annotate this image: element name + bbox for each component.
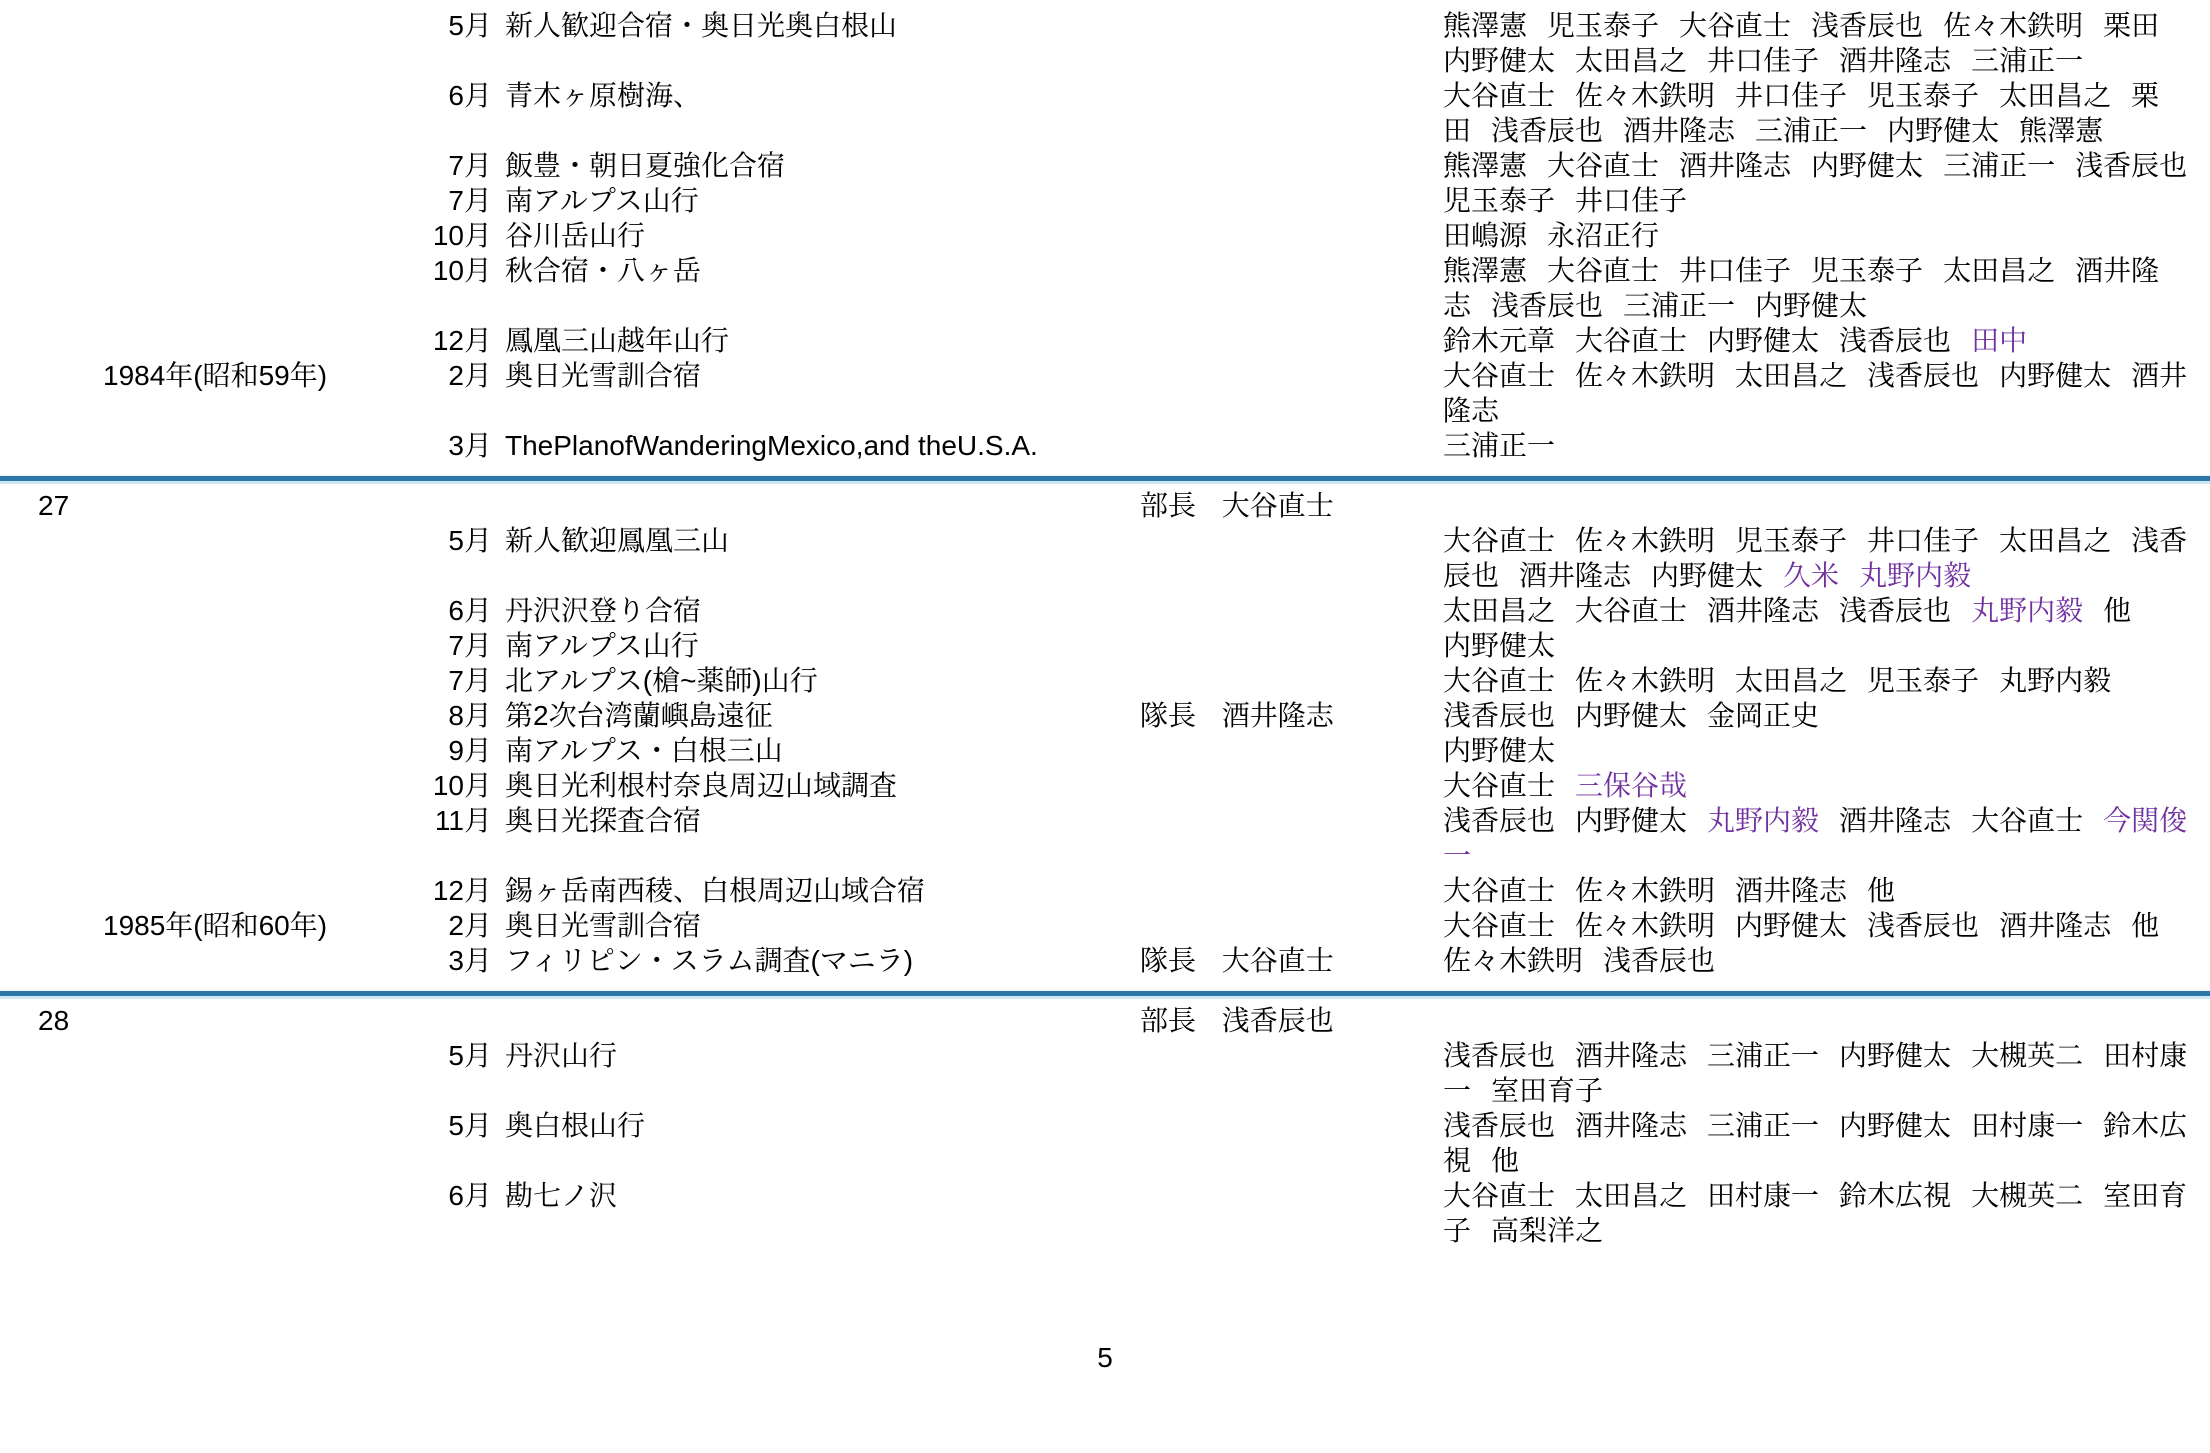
participant-name: 児玉泰子 [1547, 10, 1659, 41]
activity-row: 10月 谷川岳山行 田嶋源永沼正行 [0, 218, 2210, 253]
participant-name: 大槻英二 [1971, 1040, 2083, 1071]
year-label: 1985年(昭和60年) [0, 908, 422, 943]
participant-name: 田村康一 [1707, 1180, 1819, 1211]
month-label: 2月 [422, 908, 492, 943]
participant-name: 太田昌之 [1575, 45, 1687, 76]
participant-name: 浅香辰也 [1443, 805, 1555, 836]
year-section: 28 部長 浅香辰也 5月 丹沢山行 浅香辰也酒井隆志三浦正一内野健太大槻英二田… [0, 990, 2210, 1248]
event-title: 丹沢沢登り合宿 [492, 593, 1140, 628]
participants-list: 内野健太 [1443, 733, 2195, 768]
participant-name: 内野健太 [1839, 1040, 1951, 1071]
year-label: 1984年(昭和59年) [0, 358, 422, 393]
activity-row: 3月 フィリピン・スラム調査(マニラ) 隊長 大谷直士 佐々木鉄明浅香辰也 [0, 943, 2210, 978]
month-label: 10月 [422, 768, 492, 803]
participant-name: 浅香辰也 [1603, 945, 1715, 976]
participant-name: 内野健太 [1651, 560, 1763, 591]
participant-name: 永沼正行 [1547, 220, 1659, 251]
month-label: 6月 [422, 1178, 492, 1213]
participants-list: 大谷直士佐々木鉄明酒井隆志他 [1443, 873, 2195, 908]
participant-name: 三浦正一 [1971, 45, 2083, 76]
participant-name: 佐々木鉄明 [1575, 525, 1715, 556]
activity-row: 6月 丹沢沢登り合宿 太田昌之大谷直士酒井隆志浅香辰也丸野内毅他 [0, 593, 2210, 628]
participants-list: 浅香辰也酒井隆志三浦正一内野健太田村康一鈴木広視他 [1443, 1108, 2195, 1178]
section-rows: 5月 丹沢山行 浅香辰也酒井隆志三浦正一内野健太大槻英二田村康一室田育子 5月 … [0, 1038, 2210, 1248]
month-label: 7月 [422, 183, 492, 218]
participant-name: 内野健太 [1575, 805, 1687, 836]
participant-name: 丸野内毅 [1999, 665, 2111, 696]
section-rows: 5月 新人歓迎合宿・奥日光奥白根山 熊澤憲児玉泰子大谷直士浅香辰也佐々木鉄明栗田… [0, 8, 2210, 463]
participant-name: 内野健太 [1887, 115, 1999, 146]
leader-title-label: 隊長 [1140, 700, 1196, 731]
participant-name: 鈴木広視 [1839, 1180, 1951, 1211]
activity-row: 11月 奥日光探査合宿 浅香辰也内野健太丸野内毅酒井隆志大谷直士今関俊一 [0, 803, 2210, 873]
month-label: 9月 [422, 733, 492, 768]
month-label: 6月 [422, 593, 492, 628]
section-number: 28 [0, 1003, 1140, 1038]
participant-name: 大谷直士 [1971, 805, 2083, 836]
participant-name: 内野健太 [1443, 630, 1555, 661]
event-title: 青木ヶ原樹海、 [492, 78, 1140, 113]
activity-row: 5月 奥白根山行 浅香辰也酒井隆志三浦正一内野健太田村康一鈴木広視他 [0, 1108, 2210, 1178]
participant-name: 児玉泰子 [1811, 255, 1923, 286]
activity-row: 3月 ThePlanofWanderingMexico,and theU.S.A… [0, 428, 2210, 463]
event-title: 秋合宿・八ヶ岳 [492, 253, 1140, 288]
participant-name: 内野健太 [1443, 735, 1555, 766]
activity-row: 7月 南アルプス山行 児玉泰子井口佳子 [0, 183, 2210, 218]
month-label: 11月 [422, 803, 492, 838]
participant-name: 酒井隆志 [1839, 805, 1951, 836]
month-label: 12月 [422, 323, 492, 358]
event-title: 谷川岳山行 [492, 218, 1140, 253]
participants-list: 浅香辰也内野健太丸野内毅酒井隆志大谷直士今関俊一 [1443, 803, 2195, 873]
participant-name: 熊澤憲 [1443, 150, 1527, 181]
page-number: 5 [0, 1340, 2210, 1375]
participant-name: 酒井隆志 [1519, 560, 1631, 591]
participant-name: 佐々木鉄明 [1575, 665, 1715, 696]
participant-name-highlighted: 丸野内毅 [1859, 560, 1971, 591]
participants-list: 田嶋源永沼正行 [1443, 218, 2195, 253]
participant-name: 井口佳子 [1575, 185, 1687, 216]
participant-name: 他 [1491, 1145, 1519, 1176]
participant-name: 熊澤憲 [1443, 10, 1527, 41]
event-title: ThePlanofWanderingMexico,and theU.S.A. [492, 428, 1140, 463]
participant-name: 浅香辰也 [1443, 700, 1555, 731]
month-label: 6月 [422, 78, 492, 113]
participant-name: 児玉泰子 [1867, 665, 1979, 696]
participants-list: 大谷直士三保谷哉 [1443, 768, 2195, 803]
participant-name: 酒井隆志 [1707, 595, 1819, 626]
participant-name: 熊澤憲 [2019, 115, 2103, 146]
participant-name: 金岡正史 [1707, 700, 1819, 731]
activity-history-table: 5月 新人歓迎合宿・奥日光奥白根山 熊澤憲児玉泰子大谷直士浅香辰也佐々木鉄明栗田… [0, 8, 2210, 1248]
section-number: 27 [0, 488, 1140, 523]
month-label: 10月 [422, 218, 492, 253]
participant-name: 大槻英二 [1971, 1180, 2083, 1211]
activity-row: 9月 南アルプス・白根三山 内野健太 [0, 733, 2210, 768]
participant-name: 佐々木鉄明 [1575, 360, 1715, 391]
participant-name: 内野健太 [1707, 325, 1819, 356]
participant-name: 内野健太 [1999, 360, 2111, 391]
activity-row: 7月 北アルプス(槍~薬師)山行 大谷直士佐々木鉄明太田昌之児玉泰子丸野内毅 [0, 663, 2210, 698]
participant-name: 浅香辰也 [1491, 290, 1603, 321]
participant-name: 井口佳子 [1679, 255, 1791, 286]
activity-row: 5月 新人歓迎鳳凰三山 大谷直士佐々木鉄明児玉泰子井口佳子太田昌之浅香辰也酒井隆… [0, 523, 2210, 593]
activity-row: 12月 鳳凰三山越年山行 鈴木元章大谷直士内野健太浅香辰也田中 [0, 323, 2210, 358]
participants-list: 佐々木鉄明浅香辰也 [1443, 943, 2195, 978]
trip-leader: 隊長 大谷直士 [1140, 943, 1443, 978]
participant-name: 太田昌之 [1735, 665, 1847, 696]
activity-row: 5月 新人歓迎合宿・奥日光奥白根山 熊澤憲児玉泰子大谷直士浅香辰也佐々木鉄明栗田… [0, 8, 2210, 78]
participant-name: 酒井隆志 [1679, 150, 1791, 181]
participant-name: 栗田 [2103, 10, 2159, 41]
participant-name: 酒井隆志 [1735, 875, 1847, 906]
participant-name: 内野健太 [1735, 910, 1847, 941]
participant-name: 酒井隆志 [1623, 115, 1735, 146]
participant-name: 酒井隆志 [1575, 1110, 1687, 1141]
participant-name: 田村康一 [1971, 1110, 2083, 1141]
section-chief: 部長 浅香辰也 [1140, 1003, 1443, 1038]
section-header-row: 28 部長 浅香辰也 [0, 1003, 2210, 1038]
participants-list: 大谷直士佐々木鉄明内野健太浅香辰也酒井隆志他 [1443, 908, 2195, 943]
month-label: 5月 [422, 1038, 492, 1073]
participant-name: 大谷直士 [1679, 10, 1791, 41]
participant-name: 佐々木鉄明 [1575, 910, 1715, 941]
participant-name: 浅香辰也 [2075, 150, 2187, 181]
participant-name: 大谷直士 [1547, 255, 1659, 286]
participants-list: 浅香辰也酒井隆志三浦正一内野健太大槻英二田村康一室田育子 [1443, 1038, 2195, 1108]
participant-name: 三浦正一 [1707, 1110, 1819, 1141]
participant-name: 他 [2103, 595, 2131, 626]
participant-name: 太田昌之 [1443, 595, 1555, 626]
participant-name: 大谷直士 [1443, 1180, 1555, 1211]
participant-name: 児玉泰子 [1867, 80, 1979, 111]
participant-name: 内野健太 [1811, 150, 1923, 181]
participants-list: 大谷直士佐々木鉄明児玉泰子井口佳子太田昌之浅香辰也酒井隆志内野健太久米丸野内毅 [1443, 523, 2195, 593]
participant-name: 三浦正一 [1443, 430, 1555, 461]
participant-name: 浅香辰也 [1867, 910, 1979, 941]
chief-title-label: 部長 [1140, 1005, 1196, 1036]
activity-row: 1984年(昭和59年) 2月 奥日光雪訓合宿 大谷直士佐々木鉄明太田昌之浅香辰… [0, 358, 2210, 428]
participant-name: 太田昌之 [1735, 360, 1847, 391]
participant-name: 佐々木鉄明 [1575, 875, 1715, 906]
participant-name: 井口佳子 [1867, 525, 1979, 556]
participants-list: 児玉泰子井口佳子 [1443, 183, 2195, 218]
participant-name: 大谷直士 [1443, 910, 1555, 941]
activity-row: 10月 奥日光利根村奈良周辺山域調査 大谷直士三保谷哉 [0, 768, 2210, 803]
participant-name: 太田昌之 [1575, 1180, 1687, 1211]
activity-row: 6月 勘七ノ沢 大谷直士太田昌之田村康一鈴木広視大槻英二室田育子高梨洋之 [0, 1178, 2210, 1248]
month-label: 3月 [422, 428, 492, 463]
participant-name-highlighted: 丸野内毅 [1971, 595, 2083, 626]
participants-list: 三浦正一 [1443, 428, 2195, 463]
participants-list: 熊澤憲大谷直士酒井隆志内野健太三浦正一浅香辰也 [1443, 148, 2195, 183]
event-title: 第2次台湾蘭嶼島遠征 [492, 698, 1140, 733]
year-section: 5月 新人歓迎合宿・奥日光奥白根山 熊澤憲児玉泰子大谷直士浅香辰也佐々木鉄明栗田… [0, 8, 2210, 463]
participant-name: 熊澤憲 [1443, 255, 1527, 286]
month-label: 8月 [422, 698, 492, 733]
participant-name: 浅香辰也 [1867, 360, 1979, 391]
participant-name: 佐々木鉄明 [1943, 10, 2083, 41]
chief-title-label: 部長 [1140, 490, 1196, 521]
activity-row: 5月 丹沢山行 浅香辰也酒井隆志三浦正一内野健太大槻英二田村康一室田育子 [0, 1038, 2210, 1108]
leader-name: 大谷直士 [1222, 945, 1334, 976]
participant-name: 児玉泰子 [1735, 525, 1847, 556]
participant-name: 酒井隆志 [1999, 910, 2111, 941]
trip-leader: 隊長 酒井隆志 [1140, 698, 1443, 733]
section-header-row: 27 部長 大谷直士 [0, 488, 2210, 523]
participant-name: 大谷直士 [1443, 80, 1555, 111]
month-label: 5月 [422, 1108, 492, 1143]
event-title: 奥白根山行 [492, 1108, 1140, 1143]
leader-title-label: 隊長 [1140, 945, 1196, 976]
participant-name: 井口佳子 [1707, 45, 1819, 76]
participant-name: 太田昌之 [1999, 525, 2111, 556]
participant-name: 大谷直士 [1443, 360, 1555, 391]
participant-name: 浅香辰也 [1443, 1040, 1555, 1071]
month-label: 5月 [422, 523, 492, 558]
participant-name: 三浦正一 [1707, 1040, 1819, 1071]
participant-name-highlighted: 田中 [1971, 325, 2027, 356]
participants-list: 大谷直士佐々木鉄明井口佳子児玉泰子太田昌之栗田浅香辰也酒井隆志三浦正一内野健太熊… [1443, 78, 2195, 148]
event-title: 奥日光雪訓合宿 [492, 908, 1140, 943]
participant-name: 酒井隆志 [1575, 1040, 1687, 1071]
activity-row: 7月 飯豊・朝日夏強化合宿 熊澤憲大谷直士酒井隆志内野健太三浦正一浅香辰也 [0, 148, 2210, 183]
participant-name: 内野健太 [1755, 290, 1867, 321]
participant-name: 太田昌之 [1999, 80, 2111, 111]
participant-name: 田嶋源 [1443, 220, 1527, 251]
participant-name: 浅香辰也 [1443, 1110, 1555, 1141]
month-label: 5月 [422, 8, 492, 43]
event-title: 奥日光利根村奈良周辺山域調査 [492, 768, 1140, 803]
participant-name: 三浦正一 [1623, 290, 1735, 321]
participant-name: 大谷直士 [1575, 595, 1687, 626]
participant-name: 児玉泰子 [1443, 185, 1555, 216]
participants-list: 熊澤憲児玉泰子大谷直士浅香辰也佐々木鉄明栗田内野健太太田昌之井口佳子酒井隆志三浦… [1443, 8, 2195, 78]
participants-list: 大谷直士太田昌之田村康一鈴木広視大槻英二室田育子高梨洋之 [1443, 1178, 2195, 1248]
participant-name-highlighted: 久米 [1783, 560, 1839, 591]
participants-list: 太田昌之大谷直士酒井隆志浅香辰也丸野内毅他 [1443, 593, 2195, 628]
activity-row: 8月 第2次台湾蘭嶼島遠征 隊長 酒井隆志 浅香辰也内野健太金岡正史 [0, 698, 2210, 733]
participants-list: 大谷直士佐々木鉄明太田昌之児玉泰子丸野内毅 [1443, 663, 2195, 698]
participant-name: 佐々木鉄明 [1575, 80, 1715, 111]
event-title: 丹沢山行 [492, 1038, 1140, 1073]
event-title: 南アルプス・白根三山 [492, 733, 1140, 768]
participants-list: 内野健太 [1443, 628, 2195, 663]
month-label: 3月 [422, 943, 492, 978]
leader-name: 酒井隆志 [1222, 700, 1334, 731]
event-title: 南アルプス山行 [492, 628, 1140, 663]
activity-row: 7月 南アルプス山行 内野健太 [0, 628, 2210, 663]
activity-row: 6月 青木ヶ原樹海、 大谷直士佐々木鉄明井口佳子児玉泰子太田昌之栗田浅香辰也酒井… [0, 78, 2210, 148]
participant-name: 浅香辰也 [1839, 325, 1951, 356]
participant-name: 三浦正一 [1943, 150, 2055, 181]
participant-name: 大谷直士 [1443, 665, 1555, 696]
participant-name: 大谷直士 [1547, 150, 1659, 181]
event-title: 飯豊・朝日夏強化合宿 [492, 148, 1140, 183]
month-label: 7月 [422, 148, 492, 183]
participant-name: 浅香辰也 [1811, 10, 1923, 41]
participant-name: 大谷直士 [1575, 325, 1687, 356]
participants-list: 浅香辰也内野健太金岡正史 [1443, 698, 2195, 733]
participant-name: 浅香辰也 [1491, 115, 1603, 146]
participant-name: 三浦正一 [1755, 115, 1867, 146]
month-label: 12月 [422, 873, 492, 908]
event-title: 南アルプス山行 [492, 183, 1140, 218]
participant-name: 酒井隆志 [1839, 45, 1951, 76]
participant-name: 高梨洋之 [1491, 1215, 1603, 1246]
participant-name: 内野健太 [1839, 1110, 1951, 1141]
section-divider-line [0, 990, 2210, 999]
event-title: 錫ヶ岳南西稜、白根周辺山域合宿 [492, 873, 1140, 908]
participants-list: 熊澤憲大谷直士井口佳子児玉泰子太田昌之酒井隆志浅香辰也三浦正一内野健太 [1443, 253, 2195, 323]
participant-name-highlighted: 三保谷哉 [1575, 770, 1687, 801]
section-rows: 5月 新人歓迎鳳凰三山 大谷直士佐々木鉄明児玉泰子井口佳子太田昌之浅香辰也酒井隆… [0, 523, 2210, 978]
month-label: 10月 [422, 253, 492, 288]
section-divider-line [0, 475, 2210, 484]
chief-name: 大谷直士 [1222, 490, 1334, 521]
month-label: 7月 [422, 628, 492, 663]
participant-name: 大谷直士 [1443, 770, 1555, 801]
event-title: 新人歓迎合宿・奥日光奥白根山 [492, 8, 1140, 43]
participant-name: 太田昌之 [1943, 255, 2055, 286]
event-title: 鳳凰三山越年山行 [492, 323, 1140, 358]
document-page: 5月 新人歓迎合宿・奥日光奥白根山 熊澤憲児玉泰子大谷直士浅香辰也佐々木鉄明栗田… [0, 0, 2210, 1445]
activity-row: 1985年(昭和60年) 2月 奥日光雪訓合宿 大谷直士佐々木鉄明内野健太浅香辰… [0, 908, 2210, 943]
participant-name: 内野健太 [1443, 45, 1555, 76]
participant-name: 室田育子 [1491, 1075, 1603, 1106]
month-label: 2月 [422, 358, 492, 393]
event-title: 奥日光探査合宿 [492, 803, 1140, 838]
section-chief: 部長 大谷直士 [1140, 488, 1443, 523]
activity-row: 12月 錫ヶ岳南西稜、白根周辺山域合宿 大谷直士佐々木鉄明酒井隆志他 [0, 873, 2210, 908]
chief-name: 浅香辰也 [1222, 1005, 1334, 1036]
event-title: 勘七ノ沢 [492, 1178, 1140, 1213]
participant-name: 佐々木鉄明 [1443, 945, 1583, 976]
event-title: 北アルプス(槍~薬師)山行 [492, 663, 1140, 698]
participant-name: 内野健太 [1575, 700, 1687, 731]
year-section: 27 部長 大谷直士 5月 新人歓迎鳳凰三山 大谷直士佐々木鉄明児玉泰子井口佳子… [0, 475, 2210, 978]
participant-name: 浅香辰也 [1839, 595, 1951, 626]
event-title: フィリピン・スラム調査(マニラ) [492, 943, 1140, 978]
participants-list: 大谷直士佐々木鉄明太田昌之浅香辰也内野健太酒井隆志 [1443, 358, 2195, 428]
participant-name: 他 [2131, 910, 2159, 941]
event-title: 新人歓迎鳳凰三山 [492, 523, 1140, 558]
activity-row: 10月 秋合宿・八ヶ岳 熊澤憲大谷直士井口佳子児玉泰子太田昌之酒井隆志浅香辰也三… [0, 253, 2210, 323]
event-title: 奥日光雪訓合宿 [492, 358, 1140, 393]
participant-name: 大谷直士 [1443, 525, 1555, 556]
month-label: 7月 [422, 663, 492, 698]
participants-list: 鈴木元章大谷直士内野健太浅香辰也田中 [1443, 323, 2195, 358]
participant-name-highlighted: 丸野内毅 [1707, 805, 1819, 836]
participant-name: 大谷直士 [1443, 875, 1555, 906]
participant-name: 井口佳子 [1735, 80, 1847, 111]
participant-name: 他 [1867, 875, 1895, 906]
participant-name: 鈴木元章 [1443, 325, 1555, 356]
